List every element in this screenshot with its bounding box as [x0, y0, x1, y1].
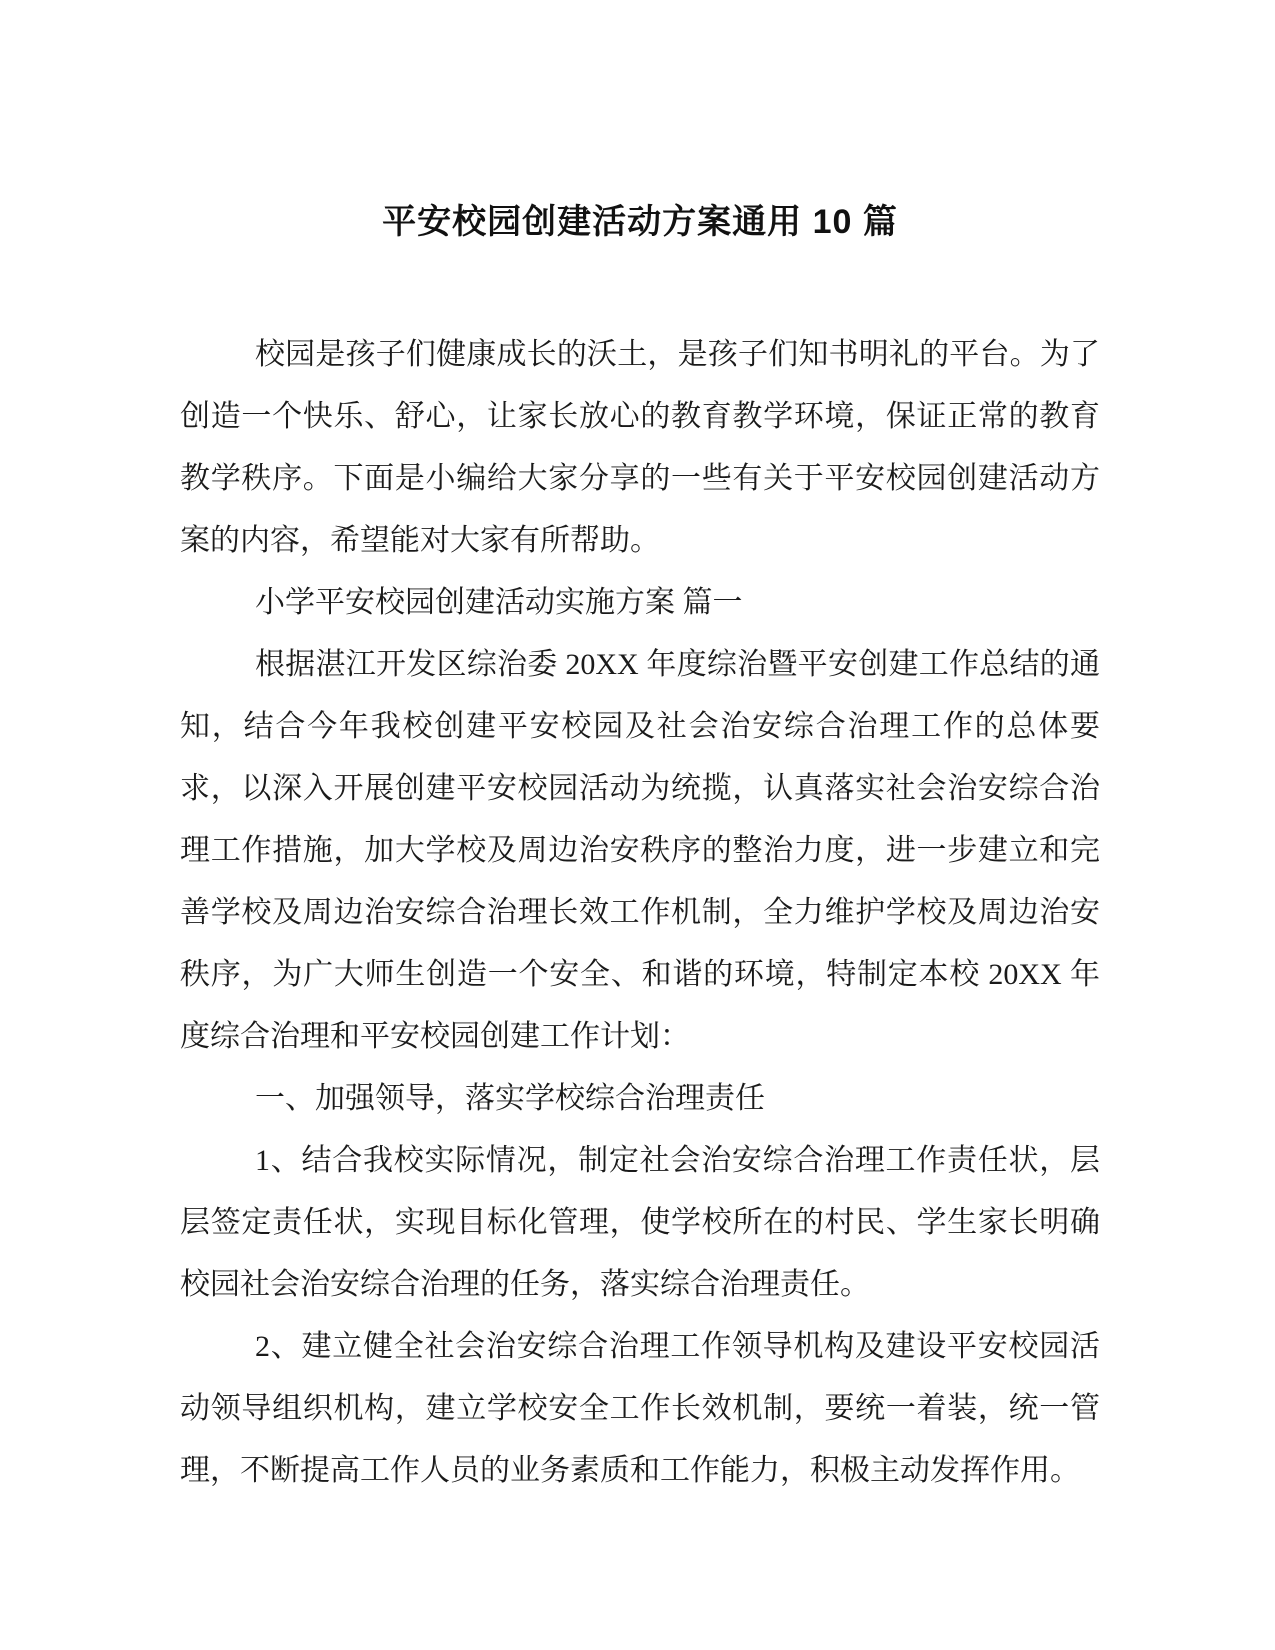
paragraph-item-2: 2、建立健全社会治安综合治理工作领导机构及建设平安校园活动领导组织机构，建立学校…: [180, 1316, 1100, 1502]
document-content: 平安校园创建活动方案通用 10 篇 校园是孩子们健康成长的沃土，是孩子们知书明礼…: [0, 198, 1275, 1502]
document-title: 平安校园创建活动方案通用 10 篇: [180, 198, 1100, 246]
paragraph-item-1: 1、结合我校实际情况，制定社会治安综合治理工作责任状，层层签定责任状，实现目标化…: [180, 1130, 1100, 1316]
paragraph-section-heading-one: 一、加强领导，落实学校综合治理责任: [180, 1068, 1100, 1130]
paragraph-plan-overview: 根据湛江开发区综治委 20XX 年度综治暨平安创建工作总结的通知，结合今年我校创…: [180, 634, 1100, 1068]
paragraph-intro: 校园是孩子们健康成长的沃土，是孩子们知书明礼的平台。为了创造一个快乐、舒心，让家…: [180, 324, 1100, 572]
paragraph-subtitle-plan-one: 小学平安校园创建活动实施方案 篇一: [180, 572, 1100, 634]
document-page: 平安校园创建活动方案通用 10 篇 校园是孩子们健康成长的沃土，是孩子们知书明礼…: [0, 0, 1275, 1650]
